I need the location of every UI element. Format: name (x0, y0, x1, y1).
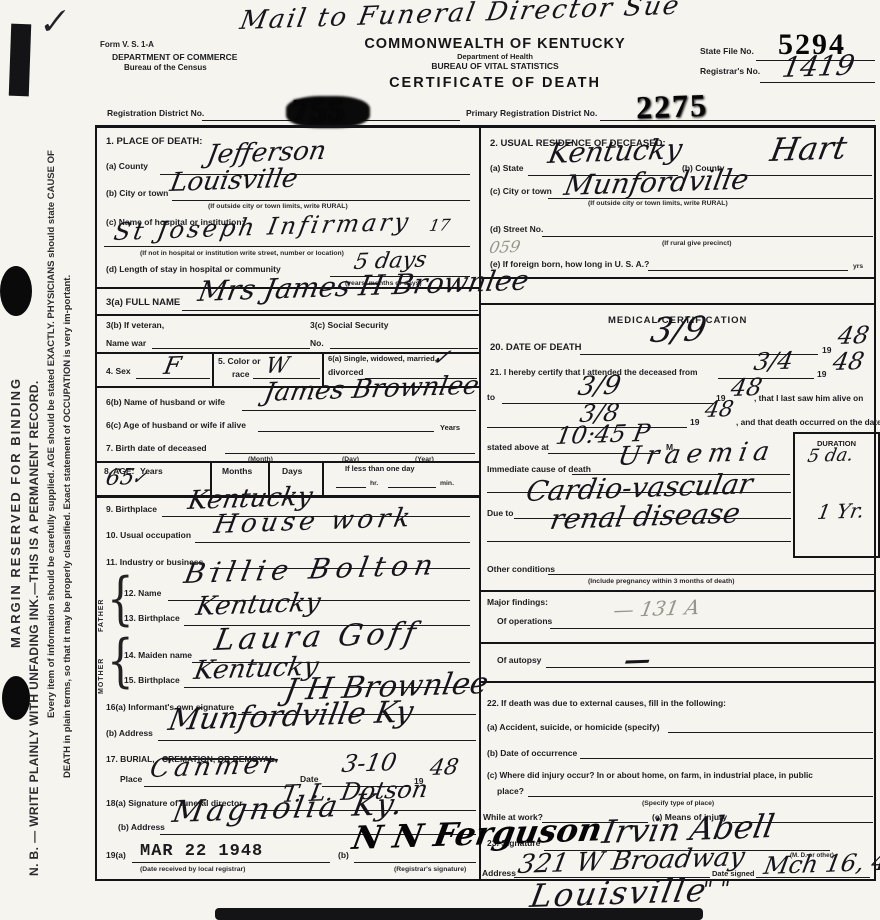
mother-name-label: 14. Maiden name (124, 650, 192, 660)
age-less-label: If less than one day (345, 464, 415, 473)
certify-line3: , and that death occurred on the date (736, 417, 880, 427)
line (330, 348, 478, 349)
full-name-value: Mrs James H Brownlee (196, 267, 531, 306)
father-birthplace-label: 13. Birthplace (124, 613, 180, 623)
street-pencil-note: 059 (488, 239, 522, 256)
death-certificate-scan: ✓ MARGIN RESERVED FOR BINDING N. B. — WR… (0, 0, 880, 920)
informant-addr-label: (b) Address (106, 728, 153, 738)
line (487, 541, 791, 542)
line (132, 862, 330, 863)
ssn-label2: No. (310, 338, 324, 348)
race-value: W (264, 355, 291, 378)
line (225, 453, 475, 454)
saw-year-value: 48 (703, 399, 735, 422)
external-c2-label: place? (497, 786, 524, 796)
line (648, 270, 848, 271)
burial-place-value: Canmer (148, 752, 282, 782)
mother-side-label: MOTHER (98, 658, 105, 694)
father-name-label: 12. Name (124, 588, 161, 598)
major-findings-label: Major findings: (487, 597, 548, 607)
city-hint: (If outside city or town limits, write R… (208, 203, 348, 210)
section-divider (95, 314, 480, 316)
city-note-ditto-marks: " " (700, 879, 731, 902)
line (668, 732, 873, 733)
line (152, 348, 310, 349)
bureau-vital-statistics: BUREAU OF VITAL STATISTICS (330, 61, 660, 71)
line (388, 487, 436, 488)
veteran-label2: Name war (106, 338, 146, 348)
dod-year-value: 48 (836, 323, 871, 348)
age-months-label: Months (222, 466, 252, 476)
sex-label: 4. Sex (106, 366, 131, 376)
line (182, 310, 478, 311)
cell-divider (212, 352, 214, 386)
registrar-sig-hint: (Registrar's signature) (394, 866, 466, 873)
mail-note-handwriting: Mail to Funeral Director Sue (238, 0, 683, 34)
dept-commerce: DEPARTMENT OF COMMERCE (112, 52, 237, 62)
line (104, 246, 470, 247)
box-border-top (95, 125, 876, 128)
box-border-bottom (95, 879, 876, 881)
other-conditions-hint: (Include pregnancy within 3 months of de… (588, 578, 735, 585)
race-label2: race (232, 369, 250, 379)
ssn-label: 3(c) Social Security (310, 320, 388, 330)
residence-city-label: (c) City or town (490, 186, 552, 196)
full-name-label: 3(a) FULL NAME (106, 297, 180, 308)
external-c-hint: (Specify type of place) (642, 800, 714, 807)
stated-above-label: stated above at (487, 442, 549, 452)
burial-year-value: 48 (428, 757, 460, 780)
occupation-label: 10. Usual occupation (106, 530, 191, 540)
burial-date-value: 3-10 (340, 750, 399, 776)
margin-binding-text: MARGIN RESERVED FOR BINDING (8, 377, 23, 648)
age-hr-label: hr. (370, 480, 378, 487)
hospital-value: St Joseph Infirmary (112, 210, 413, 244)
county-value: Jefferson (205, 138, 328, 168)
line (336, 487, 366, 488)
registrar-no-handwriting: 1419 (780, 52, 857, 82)
marital-check: ✓ (430, 347, 452, 370)
veteran-label: 3(b) If veteran, (106, 320, 164, 330)
certify-line2: , that I last saw him alive on (754, 393, 863, 403)
section-divider (480, 277, 875, 279)
due-to-value-2: renal disease (548, 499, 742, 534)
informant-address: Munfordville Ky (166, 698, 416, 736)
residence-city-hint: (If outside city or town limits, write R… (588, 200, 728, 207)
box-border-left (95, 125, 97, 881)
burial-place-label: Place (120, 774, 142, 784)
section-divider (480, 642, 875, 644)
duration-cause-value: 5 da. (806, 446, 855, 466)
residence-county-value: Hart (768, 131, 849, 166)
registration-district-label: Registration District No. (107, 108, 204, 118)
section-divider (480, 590, 875, 592)
received-hint: (Date received by local registrar) (140, 866, 245, 873)
column-divider (479, 125, 481, 881)
attended-from-value: 3/4 (752, 349, 795, 374)
section-divider (480, 303, 875, 305)
mother-name-value: Laura Goff (212, 619, 422, 656)
line (546, 667, 875, 668)
pen-check-mark: ✓ (33, 5, 72, 42)
line (258, 431, 434, 432)
birthplace-label: 9. Birthplace (106, 504, 157, 514)
to-label: to (487, 392, 495, 402)
external-c-label: (c) Where did injury occur? In or about … (487, 770, 813, 780)
age-days-label: Days (282, 466, 302, 476)
father-side-label: FATHER (98, 599, 105, 632)
primary-district-label: Primary Registration District No. (466, 108, 597, 118)
foreign-unit: yrs (853, 263, 863, 270)
city-label: (b) City or town (106, 188, 168, 198)
received-date-stamp: MAR 22 1948 (140, 842, 263, 861)
street-label: (d) Street No. (490, 224, 543, 234)
line (195, 542, 470, 543)
physician-signature: Irvin Abell (600, 810, 777, 848)
cell-divider (322, 461, 324, 495)
county-label: (a) County (106, 161, 148, 171)
line (354, 862, 476, 863)
residence-state-value: Kentucky (546, 135, 684, 168)
bureau-census: Bureau of the Census (124, 63, 207, 72)
operations-value: — 131 A (612, 597, 701, 620)
external-b-label: (b) Date of occurrence (487, 748, 577, 758)
date-of-death-label: 20. DATE OF DEATH (490, 342, 582, 353)
spouse-age-unit: Years (440, 423, 460, 432)
margin-nb-line3: DEATH in plain terms, so that it may be … (62, 275, 73, 778)
spouse-value: James Brownlee (262, 373, 481, 406)
title-block: COMMONWEALTH OF KENTUCKY Department of H… (330, 36, 660, 91)
registration-district-number: 755 (292, 94, 346, 126)
line (550, 628, 875, 629)
city-note-handwriting: Louisville (528, 874, 710, 912)
scan-edge-bar (9, 24, 32, 97)
form-number: Form V. S. 1-A (100, 40, 154, 49)
external-causes-title: 22. If death was due to external causes,… (487, 698, 726, 708)
city-value: Louisville (168, 166, 300, 196)
line (144, 786, 294, 787)
father-birthplace-value: Kentucky (194, 590, 323, 620)
line (542, 236, 873, 237)
line (158, 740, 476, 741)
autopsy-label: Of autopsy (497, 655, 541, 665)
date-of-death-value: 3/9 (648, 312, 709, 348)
operations-label: Of operations (497, 616, 552, 626)
autopsy-value: — (622, 647, 653, 674)
external-a-label: (a) Accident, suicide, or homicide (spec… (487, 722, 660, 732)
state-file-label: State File No. (700, 46, 754, 56)
director-addr-label: (b) Address (118, 822, 165, 832)
ink-blob (0, 266, 32, 316)
line (548, 574, 875, 575)
burial-title: 17. BURIAL, (106, 754, 155, 764)
dod-year-prefix: 19 (822, 345, 831, 355)
registrar-b: (b) (338, 850, 349, 860)
margin-nb-line2: Every item of information should be care… (46, 150, 57, 718)
occupation-value: House work (212, 505, 416, 538)
line (580, 758, 873, 759)
date-signed-value: Mch 16, 48 (762, 849, 880, 878)
place-of-death-title: 1. PLACE OF DEATH: (106, 136, 202, 147)
age-min-label: min. (440, 480, 454, 487)
registrar-no-label: Registrar's No. (700, 66, 760, 76)
primary-district-number: 2275 (635, 89, 708, 123)
section-divider (95, 461, 480, 463)
dept-health: Department of Health (330, 52, 660, 61)
registrar-signature: N N Ferguson (350, 813, 605, 854)
saw-year-prefix: 19 (690, 417, 699, 427)
line (528, 796, 873, 797)
attended-to-value: 3/9 (576, 373, 623, 400)
race-label: 5. Color or (218, 356, 261, 366)
spouse-label: 6(b) Name of husband or wife (106, 397, 225, 407)
commonwealth-title: COMMONWEALTH OF KENTUCKY (330, 36, 660, 52)
ink-blob (2, 676, 30, 720)
street-hint: (If rural give precinct) (662, 240, 732, 247)
from-year-prefix: 19 (817, 369, 826, 379)
spouse-age-label: 6(c) Age of husband or wife if alive (106, 420, 246, 430)
marital-label: 6(a) Single, widowed, married, (328, 354, 437, 363)
due-to-label: Due to (487, 508, 513, 518)
immediate-cause-value: Uraemia (616, 439, 777, 470)
age-months-check: ✓ (130, 469, 148, 488)
mother-birthplace-label: 15. Birthplace (124, 675, 180, 685)
line (172, 200, 470, 201)
father-name-value: Billie Bolton (182, 551, 441, 588)
certificate-title: CERTIFICATE OF DEATH (330, 75, 660, 91)
residence-state-label: (a) State (490, 163, 524, 173)
received-num: 19(a) (106, 850, 126, 860)
other-conditions-label: Other conditions (487, 564, 555, 574)
duration-dueto-value: 1 Yr. (816, 500, 866, 522)
hospital-extra: 17 (428, 217, 451, 234)
sex-value: F (162, 353, 183, 378)
hospital-hint: (If not in hospital or institution write… (140, 250, 344, 257)
section-divider (480, 681, 875, 683)
residence-city-value: Munfordville (562, 166, 751, 200)
margin-nb-line1: N. B. — WRITE PLAINLY WITH UNFADING INK.… (27, 380, 41, 876)
physician-addr-label: Address (482, 868, 516, 878)
birthdate-label: 7. Birth date of deceased (106, 443, 207, 453)
line (242, 410, 476, 411)
from-year-value: 48 (831, 349, 866, 374)
